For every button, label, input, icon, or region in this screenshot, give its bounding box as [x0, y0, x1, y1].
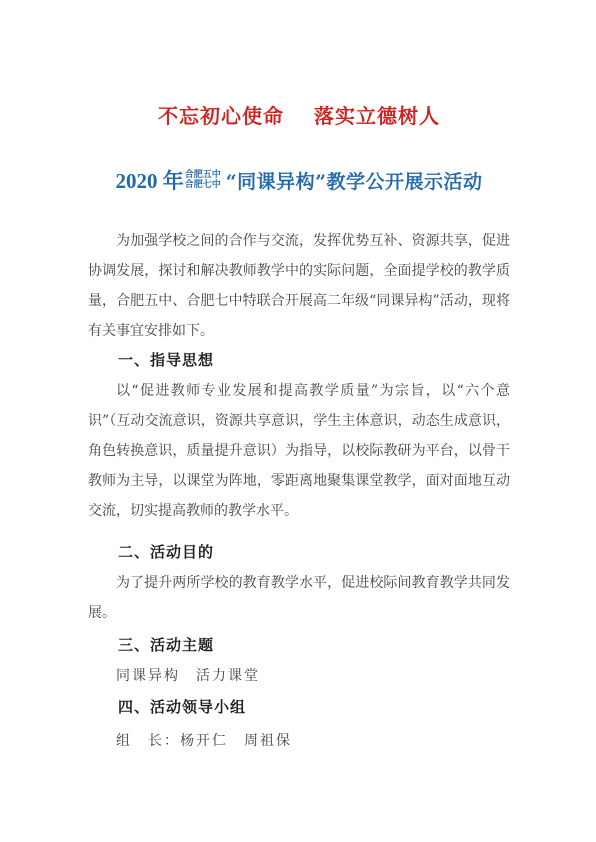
section-heading-4: 四、活动领导小组 [88, 693, 510, 723]
section-activity-purpose: 二、活动目的 为了提升两所学校的教育教学水平，促进校际间教育教学共同发展。 [88, 538, 510, 628]
intro-paragraph: 为加强学校之间的合作与交流，发挥优势互补、资源共享，促进协调发展，探讨和解决教师… [88, 226, 510, 346]
title-school-bottom: 合肥七中 [185, 180, 221, 190]
title-school-names: 合肥五中 合肥七中 [185, 170, 221, 190]
section-body-1: 以“促进教师专业发展和提高教学质量”为宗旨，以“六个意识”（互动交流意识，资源共… [88, 376, 510, 526]
section-body-3: 同课异构 活力课堂 [88, 661, 510, 691]
title-school-top: 合肥五中 [185, 170, 221, 180]
title-main: “同课异构”教学公开展示活动 [226, 167, 483, 194]
section-guiding-ideology: 一、指导思想 以“促进教师专业发展和提高教学质量”为宗旨，以“六个意识”（互动交… [88, 346, 510, 526]
section-heading-3: 三、活动主题 [88, 631, 510, 661]
section-activity-theme: 三、活动主题 同课异构 活力课堂 [88, 631, 510, 691]
section-heading-2: 二、活动目的 [88, 538, 510, 568]
title-year: 2020 年 [115, 165, 183, 195]
section-body-4: 组 长：杨开仁 周祖保 [88, 726, 510, 756]
red-slogan-title: 不忘初心使命落实立德树人 [88, 103, 510, 129]
section-body-2: 为了提升两所学校的教育教学水平，促进校际间教育教学共同发展。 [88, 568, 510, 628]
section-heading-1: 一、指导思想 [88, 346, 510, 376]
slogan-left: 不忘初心使命 [158, 104, 284, 128]
section-leadership-group: 四、活动领导小组 组 长：杨开仁 周祖保 [88, 693, 510, 756]
document-title: 2020 年 合肥五中 合肥七中 “同课异构”教学公开展示活动 [88, 165, 510, 195]
slogan-right: 落实立德树人 [314, 104, 440, 128]
document-page: 不忘初心使命落实立德树人 2020 年 合肥五中 合肥七中 “同课异构”教学公开… [0, 0, 596, 842]
